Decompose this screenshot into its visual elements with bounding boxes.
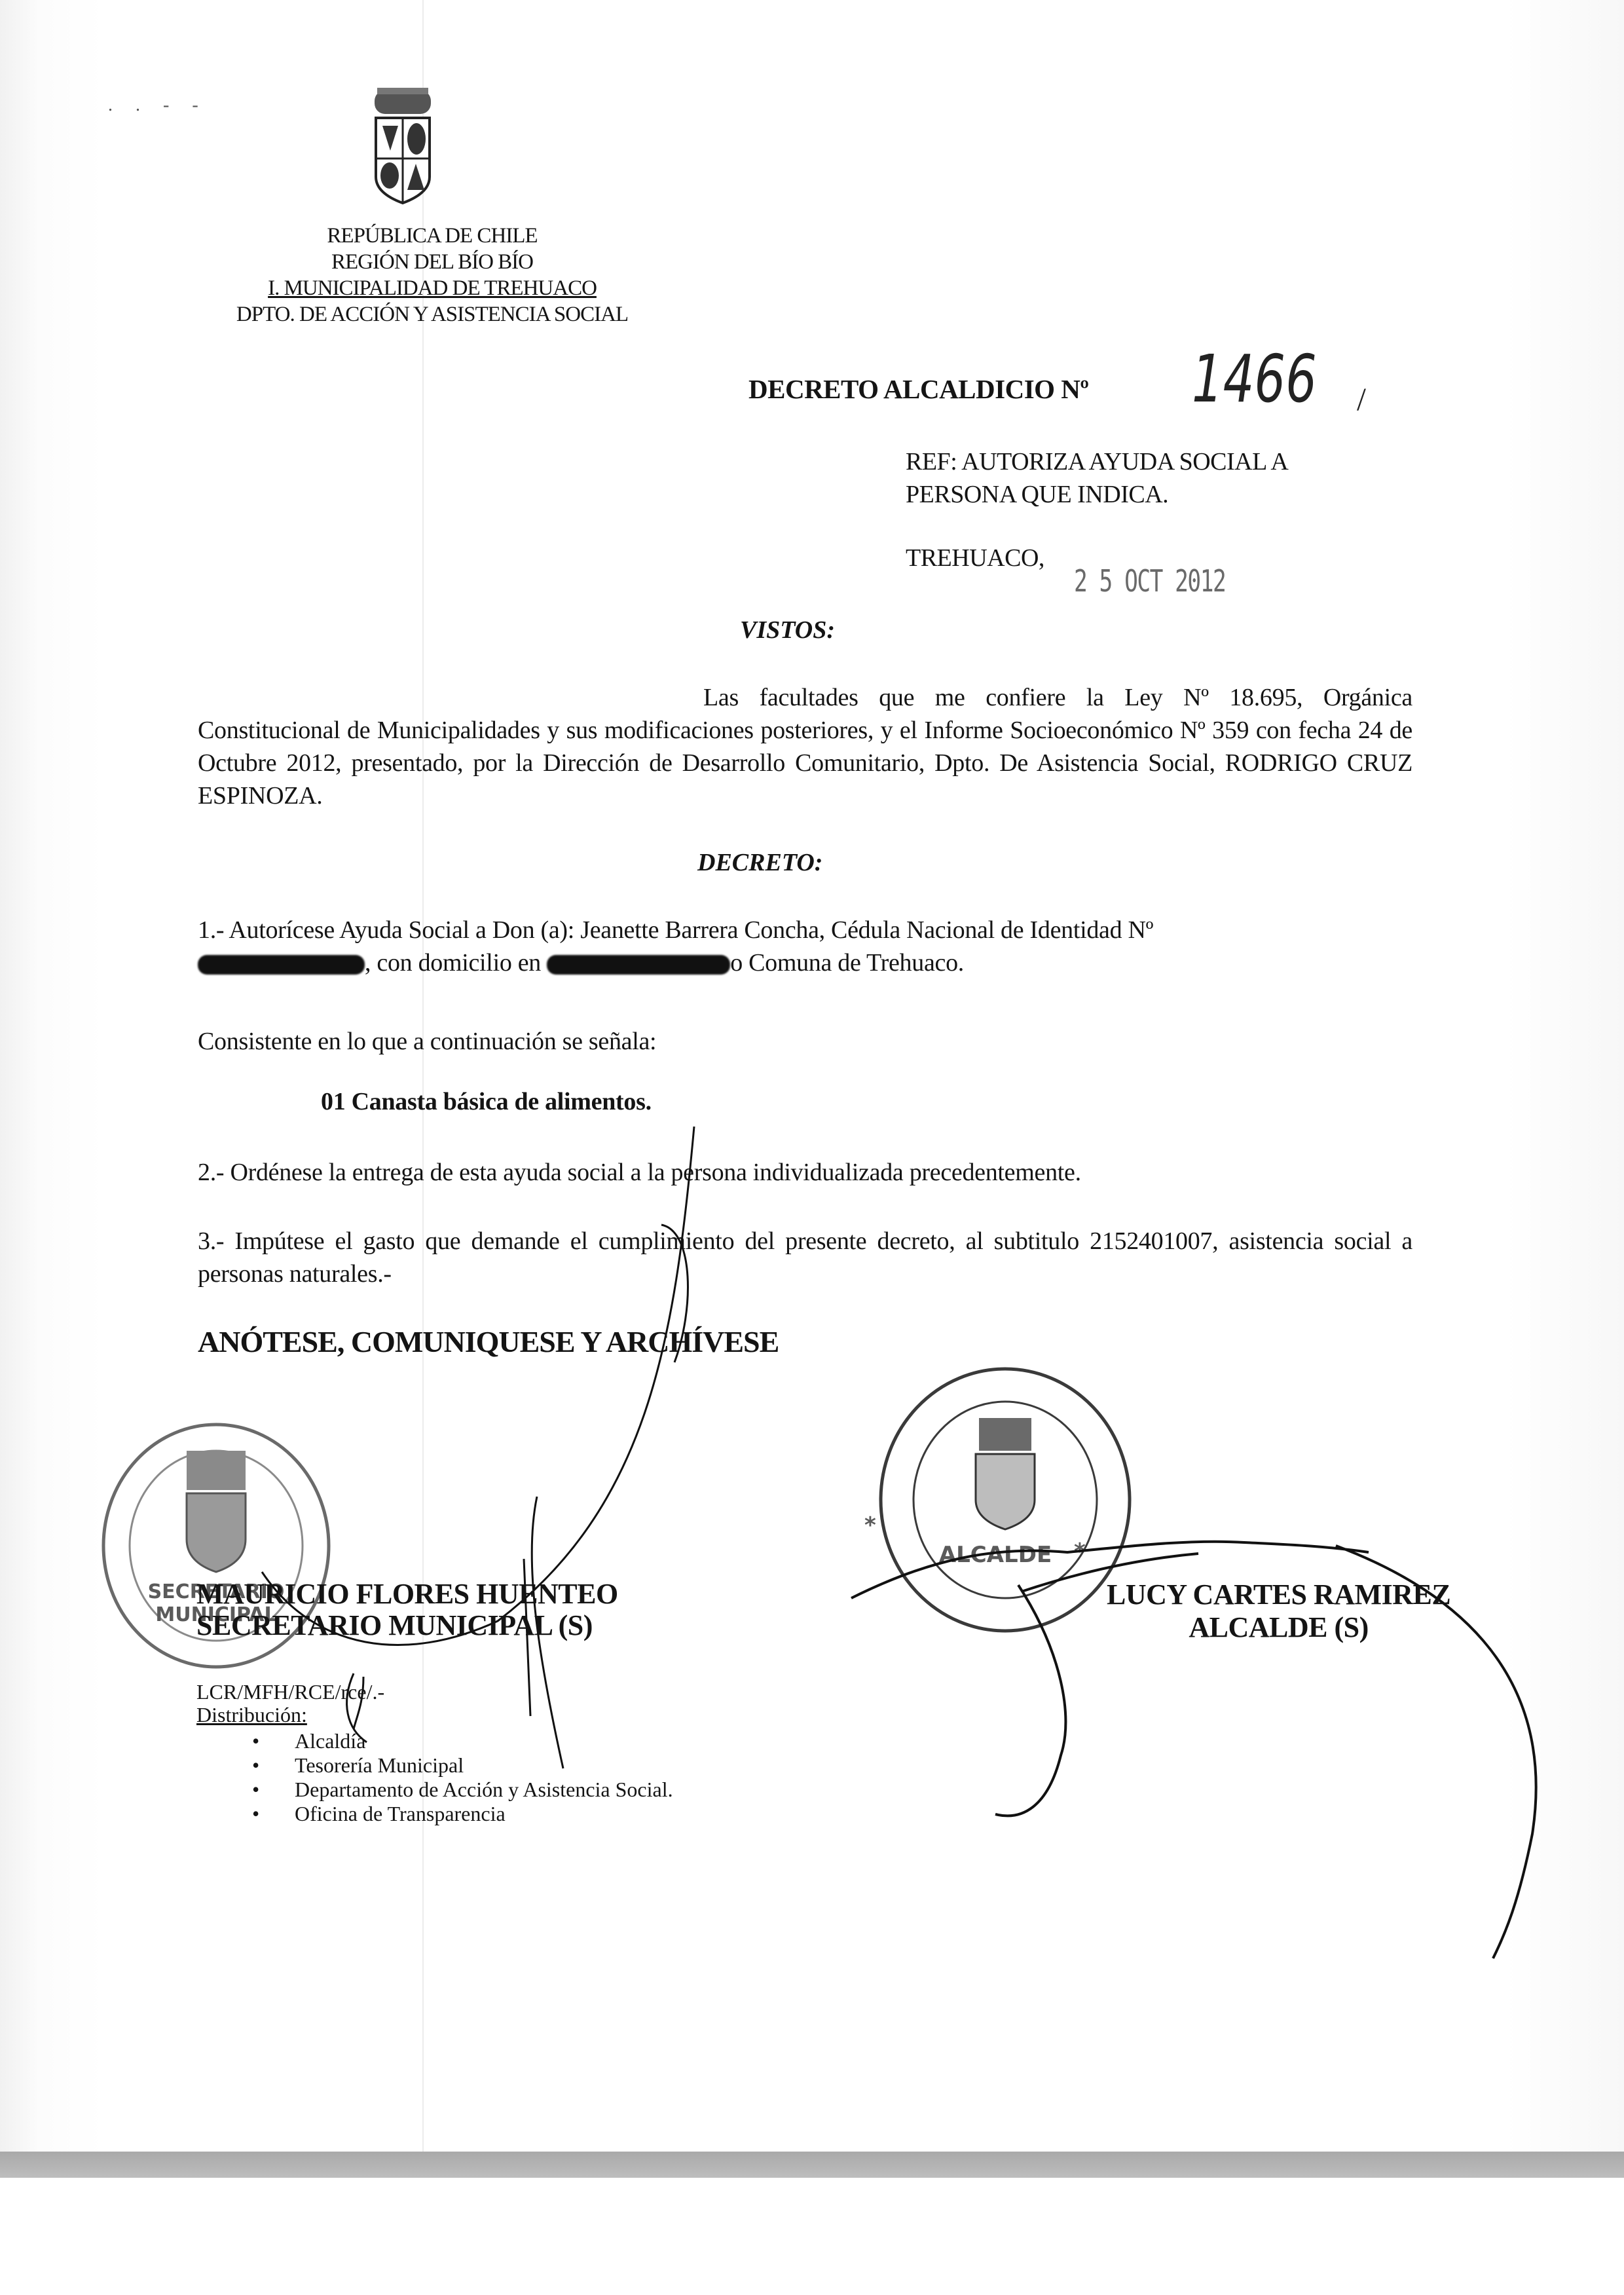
distribution-item: Departamento de Acción y Asistencia Soci…	[252, 1778, 673, 1802]
decree-place: TREHUACO,	[906, 544, 1044, 572]
aid-item: 01 Canasta básica de alimentos.	[321, 1087, 652, 1116]
mayor-role: ALCALDE (S)	[1107, 1611, 1450, 1644]
distribution-list: Alcaldía Tesorería Municipal Departament…	[252, 1729, 673, 1826]
article-3: 3.- Impútese el gasto que demande el cum…	[198, 1225, 1412, 1290]
decreto-heading: DECRETO:	[697, 848, 822, 877]
closing-formula: ANÓTESE, COMUNIQUESE Y ARCHÍVESE	[198, 1324, 779, 1359]
distribution-item: Alcaldía	[252, 1729, 673, 1753]
distribution-item: Oficina de Transparencia	[252, 1802, 673, 1826]
reference-line-2: PERSONA QUE INDICA.	[906, 478, 1288, 511]
decree-number-suffix: /	[1357, 380, 1366, 418]
letterhead: REPÚBLICA DE CHILE REGIÓN DEL BÍO BÍO I.…	[196, 223, 668, 327]
reference-initials: LCR/MFH/RCE/rce/.-	[196, 1680, 384, 1704]
municipal-crest-icon	[367, 85, 439, 210]
distribution-item: Tesorería Municipal	[252, 1753, 673, 1778]
letterhead-country: REPÚBLICA DE CHILE	[196, 223, 668, 249]
reference-line-1: REF: AUTORIZA AYUDA SOCIAL A	[906, 445, 1288, 478]
secretary-signature-block: MAURICIO FLORES HUENTEO SECRETARIO MUNIC…	[196, 1578, 618, 1641]
article-1-address-label: , con domicilio en	[365, 949, 541, 977]
article-1-commune: o Comuna de Trehuaco.	[730, 949, 964, 977]
decree-reference: REF: AUTORIZA AYUDA SOCIAL A PERSONA QUE…	[906, 445, 1288, 511]
distribution-label: Distribución:	[196, 1703, 307, 1727]
letterhead-region: REGIÓN DEL BÍO BÍO	[196, 249, 668, 275]
scan-edge-band	[0, 2152, 1624, 2178]
vistos-heading: VISTOS:	[740, 616, 835, 644]
mayor-signature-block: LUCY CARTES RAMIREZ ALCALDE (S)	[1107, 1578, 1450, 1644]
vistos-body: Las facultades que me confiere la Ley Nº…	[198, 681, 1412, 812]
letterhead-municipality: I. MUNICIPALIDAD DE TREHUACO	[196, 275, 668, 301]
consistent-intro: Consistente en lo que a continuación se …	[198, 1025, 1412, 1058]
decree-number-handwritten: 1466	[1192, 341, 1317, 417]
article-1: 1.- Autorícese Ayuda Social a Don (a): J…	[198, 914, 1412, 979]
scan-artifact-marks: . . - -	[108, 95, 208, 116]
redacted-address	[547, 955, 730, 975]
article-2: 2.- Ordénese la entrega de esta ayuda so…	[198, 1156, 1412, 1189]
date-stamp: 2 5 OCT 2012	[1074, 563, 1225, 599]
secretary-role: SECRETARIO MUNICIPAL (S)	[196, 1610, 618, 1641]
secretary-name: MAURICIO FLORES HUENTEO	[196, 1578, 618, 1610]
mayor-name: LUCY CARTES RAMIREZ	[1107, 1578, 1450, 1611]
letterhead-department: DPTO. DE ACCIÓN Y ASISTENCIA SOCIAL	[196, 301, 668, 327]
article-1-text: 1.- Autorícese Ayuda Social a Don (a): J…	[198, 916, 1153, 944]
redacted-id-number	[198, 955, 365, 975]
decree-title: DECRETO ALCALDICIO Nº	[748, 373, 1088, 405]
